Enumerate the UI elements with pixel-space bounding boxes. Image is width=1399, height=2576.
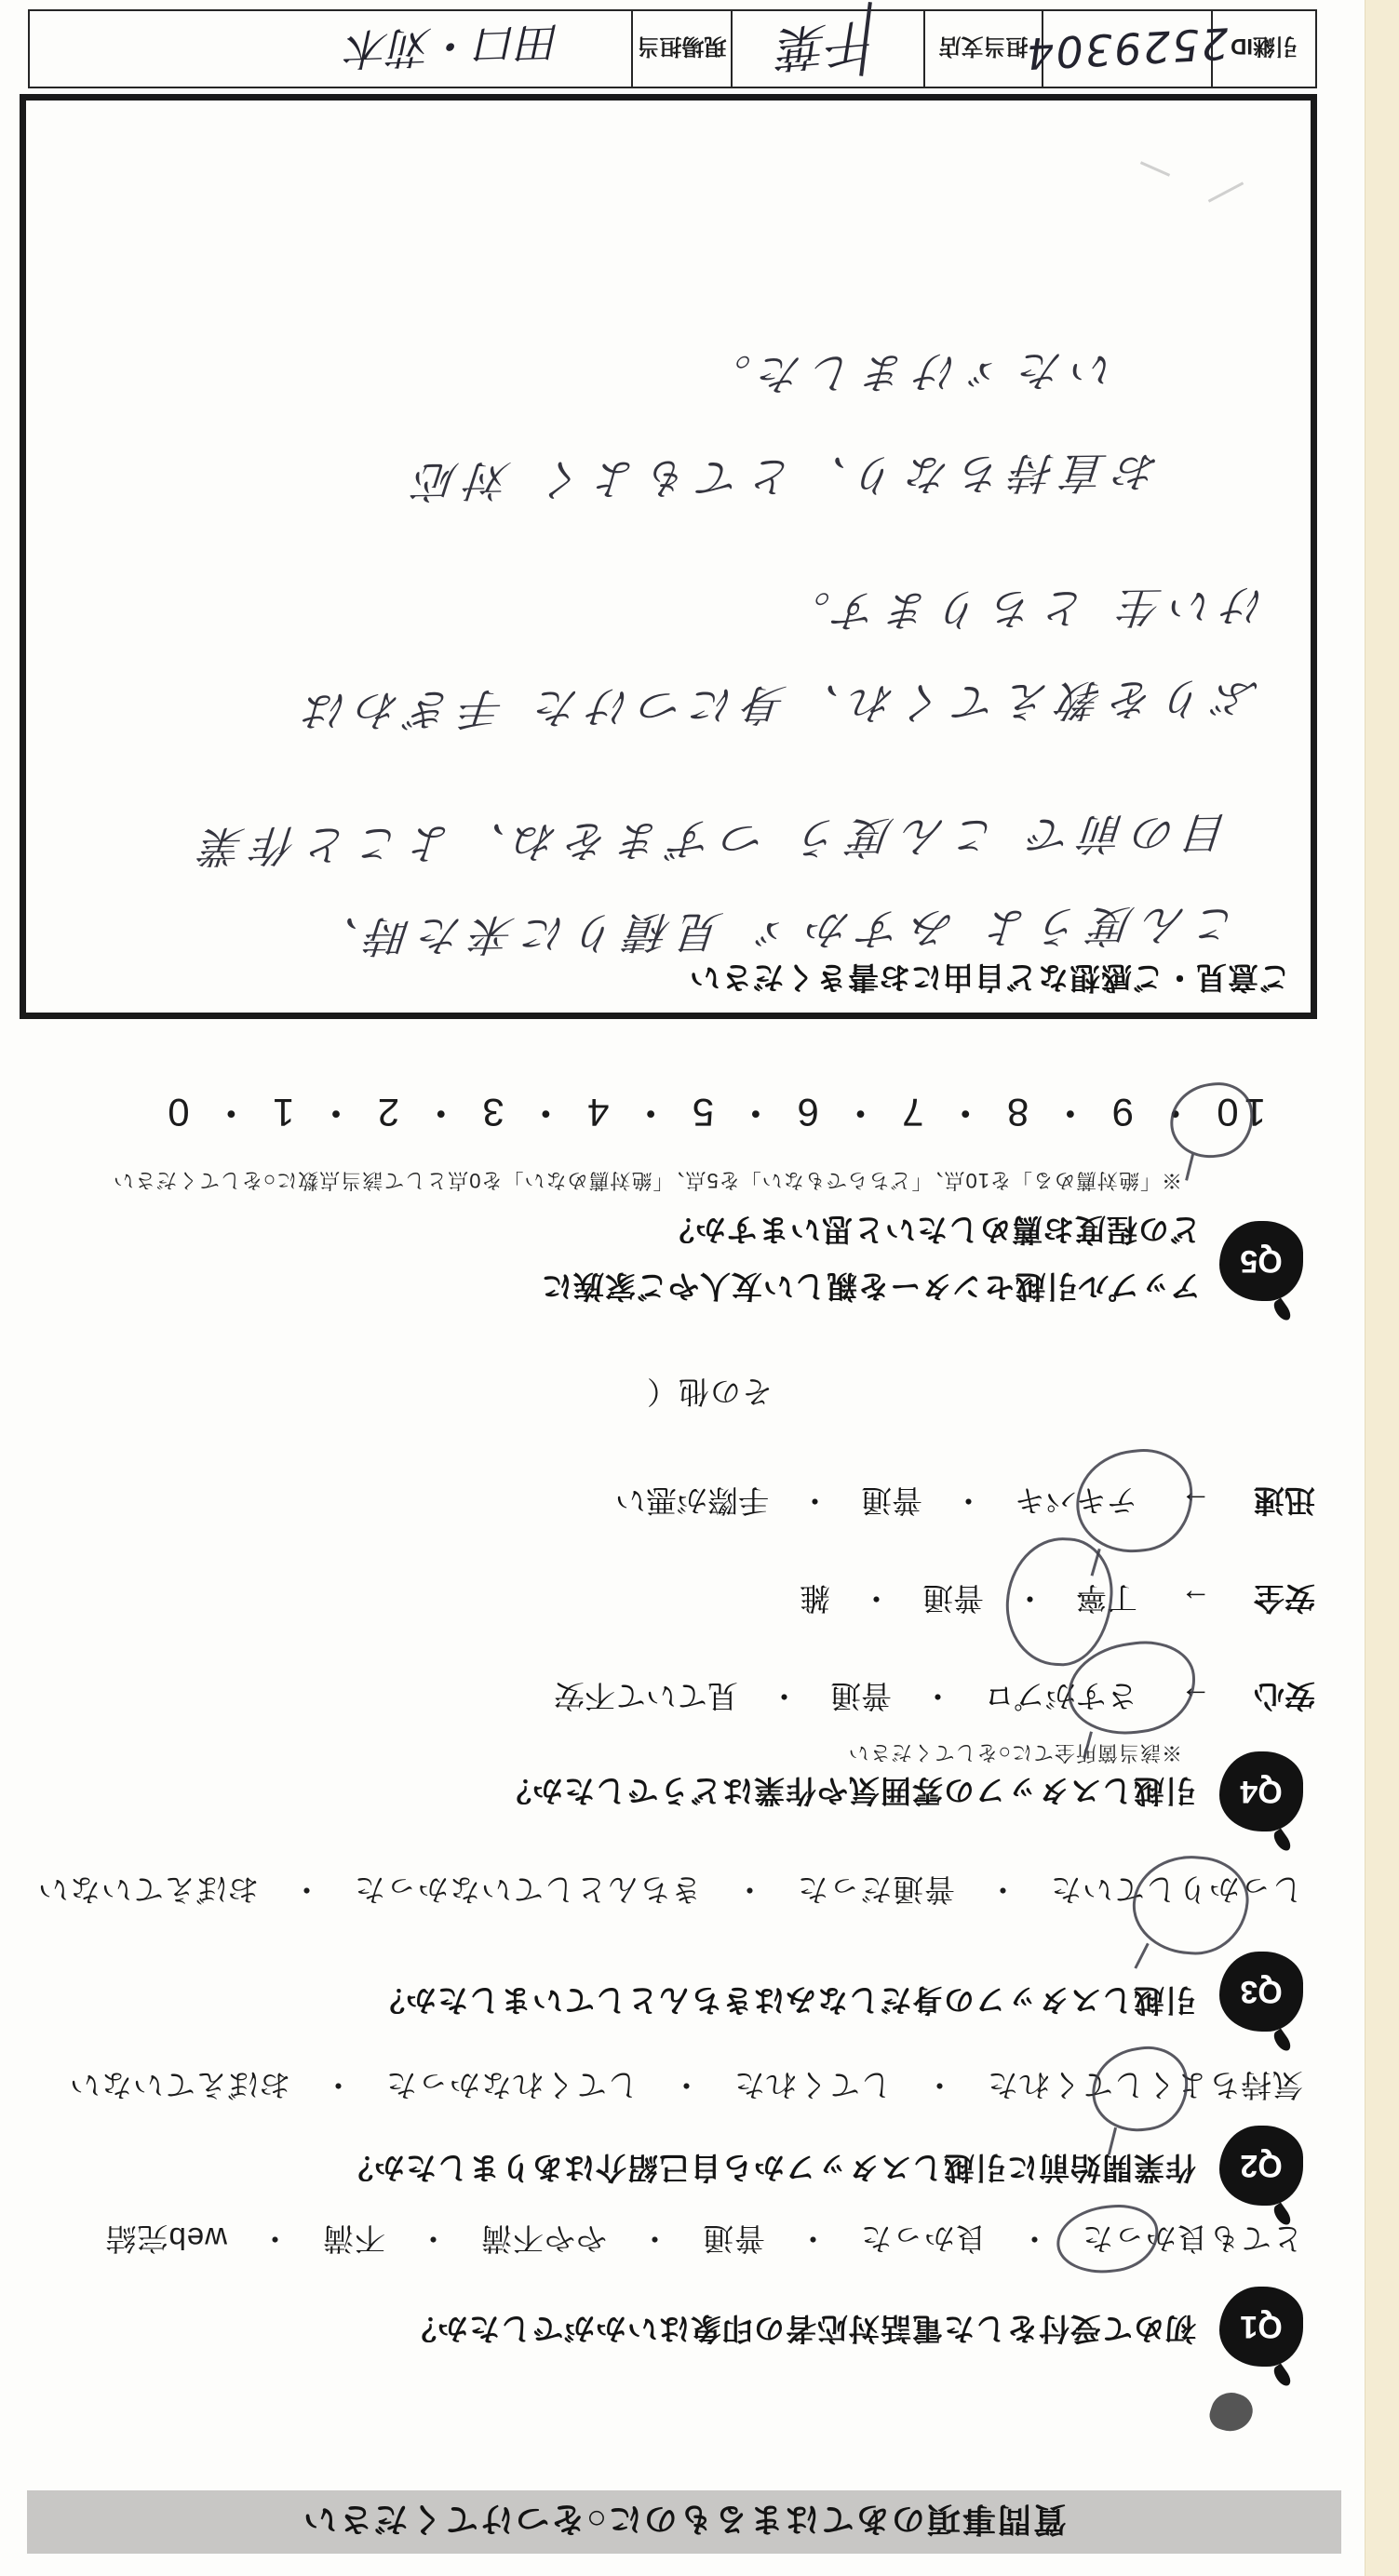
q2-bubble-icon: Q2 [1219, 2126, 1303, 2206]
q4-label: Q4 [1240, 1774, 1282, 1810]
handwritten-line-5: お直持ちなり、とてもよく 対応 [404, 443, 1161, 515]
handwritten-line-3: ぶりを教えてくれ、身につけた 手ぎわは [293, 670, 1260, 745]
q1-label: Q1 [1240, 2309, 1282, 2345]
scanner-background-strip [1365, 0, 1399, 2576]
q3-answer-circle [1129, 1851, 1253, 1959]
stray-pen-mark [1208, 181, 1244, 202]
instruction-banner: 質問事項のあてはまるものに○をつけてください [27, 2490, 1341, 2554]
q1-question: 初めて受付をした電話対応者の印象はいかがでしたか？ [405, 2309, 1196, 2353]
q4-row-jinsoku-options: テキパキ ・ 普通 ・ 手際が悪い [615, 1481, 1137, 1524]
q4-row-anshin-label: 安心 [1254, 1676, 1315, 1720]
handwritten-line-1: こん度うよ みすかゞ 見積りに来た時、 [303, 896, 1240, 971]
q4-other-label: その他（ [646, 1372, 773, 1415]
q3-label: Q3 [1240, 1974, 1282, 2010]
q4-question: 引越しスタッフの雰囲気や作業はどうでしたか？ [500, 1771, 1196, 1815]
q1-bubble-icon: Q1 [1219, 2287, 1303, 2367]
q4-jinsoku-circle [1071, 1444, 1199, 1559]
handover-table: 引継ID 2529304 担当支店 千葉 現場担当 田口・苅木 [28, 9, 1317, 88]
q4-row-jinsoku-label: 迅速 [1254, 1481, 1315, 1524]
arrow-icon: → [1180, 1583, 1211, 1618]
q5-rating-scale: 10 ・ 9 ・ 8 ・ 7 ・ 6 ・ 5 ・ 4 ・ 3 ・ 2 ・ 1 ・… [162, 1087, 1266, 1143]
comment-box: ご意見・ご感想など自由にお書きください こん度うよ みすかゞ 見積りに来た時、 … [20, 94, 1317, 1019]
scanned-survey-screenshot: 質問事項のあてはまるものに○をつけてください Q1 初めて受付をした電話対応者の… [0, 0, 1399, 2576]
staff-signature: 田口・苅木 [30, 11, 631, 87]
q3-options: しっかりしていた ・ 普通だった ・ きちんとしていなかった ・ おぼえていない [37, 1870, 1303, 1913]
handover-id-value: 2529304 [1042, 11, 1211, 87]
branch-value: 千葉 [731, 11, 923, 87]
branch-label: 担当支店 [923, 11, 1042, 87]
ink-blot [1206, 2387, 1258, 2437]
q5-question-line2: どの程度お薦めしたいと思いますか？ [663, 1210, 1201, 1254]
survey-sheet: 質問事項のあてはまるものに○をつけてください Q1 初めて受付をした電話対応者の… [0, 0, 1365, 2576]
q4-bubble-icon: Q4 [1219, 1751, 1303, 1831]
q3-bubble-icon: Q3 [1219, 1952, 1303, 2032]
handwritten-line-4: けい生 とちります。 [775, 577, 1269, 645]
q4-row-anshin: 安心 → さすがプロ ・ 普通 ・ 見ていて不安 [554, 1676, 1315, 1720]
q2-answer-circle [1086, 2041, 1194, 2138]
instruction-banner-text: 質問事項のあてはまるものに○をつけてください [302, 2499, 1067, 2546]
q4-note: ※該当箇所全てに○をしてください [848, 1739, 1182, 1768]
q5-bubble-icon: Q5 [1219, 1221, 1303, 1301]
stray-pen-mark [1140, 161, 1170, 177]
q3-question: 引越しスタッフの身だしなみはきちんとしていましたか？ [373, 1980, 1196, 2024]
q4-row-anshin-options: さすがプロ ・ 普通 ・ 見ていて不安 [554, 1676, 1137, 1720]
handwritten-line-2: 目の前で こん度う つずまをね、よこと作業 [190, 804, 1231, 880]
q1-answer-circle [1054, 2200, 1163, 2277]
q5-note: ※「絶対薦める」を10点、「どちらでもない」を5点、「絶対薦めない」を0点として… [113, 1167, 1182, 1196]
q5-label: Q5 [1240, 1243, 1282, 1280]
q4-row-jinsoku: 迅速 → テキパキ ・ 普通 ・ 手際が悪い [615, 1481, 1315, 1524]
q5-question-line1: アップル引越センターを親しい友人やご家族に [541, 1267, 1201, 1310]
handwritten-line-6: いたゞけました。 [696, 342, 1118, 409]
q2-label: Q2 [1240, 2148, 1282, 2184]
q2-question: 作業開始前に引越しスタッフから自己紹介はありましたか？ [342, 2148, 1196, 2192]
comment-box-title: ご意見・ご感想など自由にお書きください [689, 958, 1290, 1001]
q4-row-anzen-label: 安全 [1254, 1578, 1315, 1622]
staff-label: 現場担当 [631, 11, 731, 87]
